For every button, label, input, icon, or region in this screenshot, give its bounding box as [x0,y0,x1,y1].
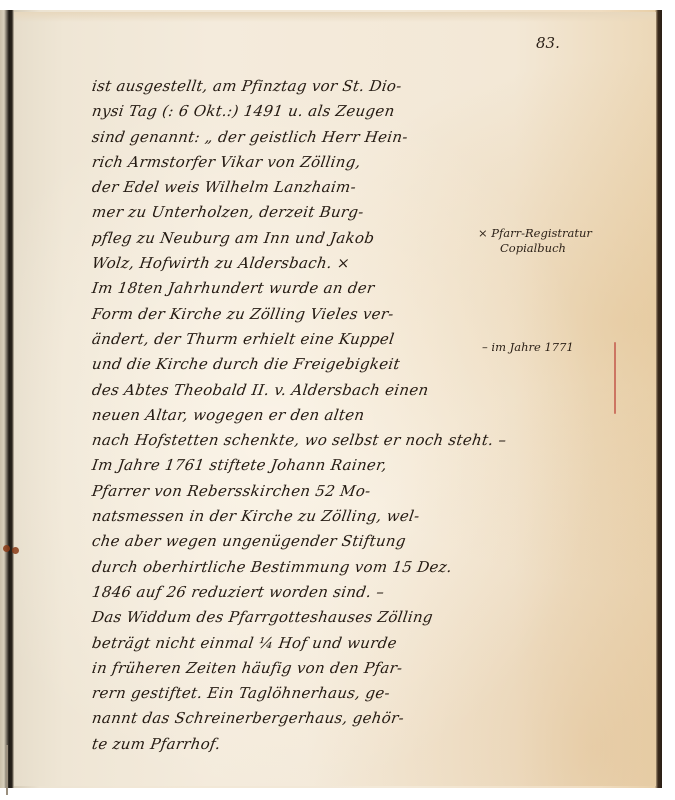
text-line: ändert, der Thurm erhielt eine Kuppel [90,327,514,352]
text-line: pfleg zu Neuburg am Inn und Jakob [90,226,514,251]
margin-note-date: – im Jahre 1771 [482,340,574,355]
margin-note-source: × Pfarr-Registratur Copialbuch [478,226,592,256]
text-line: sind genannt: „ der geistlich Herr Hein- [90,125,514,150]
text-line: Form der Kirche zu Zölling Vieles ver- [90,302,514,327]
text-line: 1846 auf 26 reduziert worden sind. – [90,580,514,605]
margin-note-line: – im Jahre 1771 [482,340,574,355]
text-line: des Abtes Theobald II. v. Aldersbach ein… [90,378,514,403]
text-line: Wolz, Hofwirth zu Aldersbach. × [90,251,514,276]
text-line: nysi Tag (: 6 Okt.:) 1491 u. als Zeugen [90,99,514,124]
text-line: Pfarrer von Rebersskirchen 52 Mo- [90,479,514,504]
page-number: 83. [536,34,560,52]
text-line: Im 18ten Jahrhundert wurde an der [90,276,514,301]
text-line: natsmessen in der Kirche zu Zölling, wel… [90,504,514,529]
text-line: und die Kirche durch die Freigebigkeit [90,352,514,377]
binding-thread [6,745,8,795]
text-line: che aber wegen ungenügender Stiftung [90,529,514,554]
ink-stain [12,547,19,554]
text-line: durch oberhirtliche Bestimmung vom 15 De… [90,555,514,580]
text-line: te zum Pfarrhof. [90,732,514,757]
binding-stain [3,545,10,552]
text-line: mer zu Unterholzen, derzeit Burg- [90,200,514,225]
margin-note-line: × Pfarr-Registratur [478,226,592,241]
margin-note-line: Copialbuch [478,241,592,256]
text-line: nannt das Schreinerbergerhaus, gehör- [90,706,514,731]
text-line: nach Hofstetten schenkte, wo selbst er n… [90,428,514,453]
red-margin-mark [614,342,616,414]
page-top-edge [14,12,656,22]
text-line: rern gestiftet. Ein Taglöhnerhaus, ge- [90,681,514,706]
text-line: beträgt nicht einmal ¼ Hof und wurde [90,631,514,656]
handwritten-text-block: ist ausgestellt, am Pfinztag vor St. Dio… [92,74,512,757]
text-line: Das Widdum des Pfarrgotteshauses Zölling [90,605,514,630]
text-line: Im Jahre 1761 stiftete Johann Rainer, [90,453,514,478]
text-line: neuen Altar, wogegen er den alten [90,403,514,428]
text-line: ist ausgestellt, am Pfinztag vor St. Dio… [90,74,514,99]
text-line: rich Armstorfer Vikar von Zölling, [90,150,514,175]
text-line: in früheren Zeiten häufig von den Pfar- [90,656,514,681]
text-line: der Edel weis Wilhelm Lanzhaim- [90,175,514,200]
